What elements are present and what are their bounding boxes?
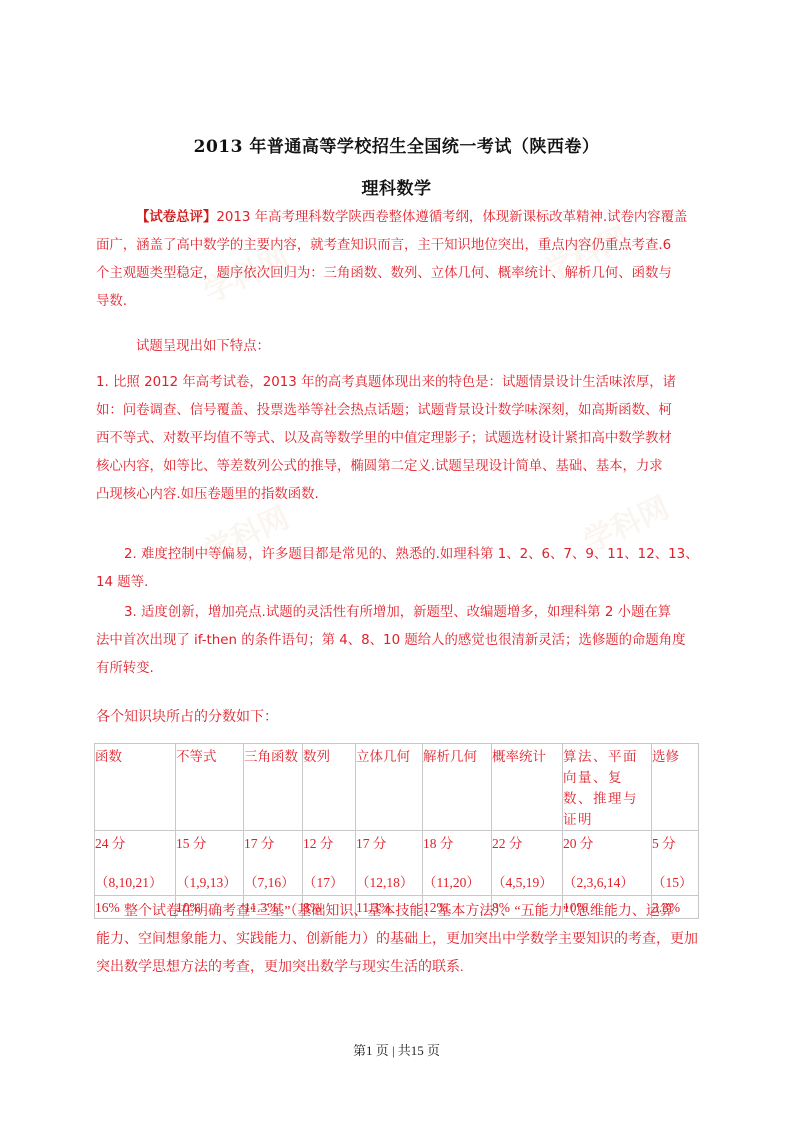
point1-paragraph: 1. 比照 2012 年高考试卷，2013 年的高考真题体现出来的特色是：试题情… — [96, 369, 704, 509]
table-intro: 各个知识块所占的分数如下： — [96, 704, 704, 732]
point3-line: 法中首次出现了 if-then 的条件语句；第 4、8、10 题给人的感觉也很清… — [96, 627, 704, 655]
point2-line: 14 题等. — [96, 569, 704, 597]
table-cell: 20 分（2,3,6,14） — [563, 831, 652, 896]
question-numbers: （7,16） — [244, 872, 302, 893]
point1-line: 凸现核心内容.如压卷题里的指数函数. — [96, 481, 704, 509]
points-value: 22 分 — [492, 833, 562, 854]
points-value: 17 分 — [244, 833, 302, 854]
point1-line: 西不等式、对数平均值不等式、以及高等数学里的中值定理影子；试题选材设计紧扣高中数… — [96, 425, 704, 453]
question-numbers: （2,3,6,14） — [563, 872, 651, 893]
point1-line: 1. 比照 2012 年高考试卷，2013 年的高考真题体现出来的特色是：试题情… — [96, 369, 704, 397]
table-cell: 17 分（12,18） — [356, 831, 423, 896]
table-header-cell: 解析几何 — [423, 744, 492, 831]
score-table: 函数 不等式 三角函数 数列 立体几何 解析几何 概率统计 算法、平面向量、复数… — [94, 743, 699, 919]
summary-paragraph: 【试卷总评】2013 年高考理科数学陕西卷整体遵循考纲，体现新课标改革精神.试卷… — [96, 204, 704, 316]
page-footer: 第1 页 | 共15 页 — [0, 1040, 793, 1059]
document-title: 2013 年普通高等学校招生全国统一考试（陕西卷） — [0, 132, 793, 157]
summary-line: 2013 年高考理科数学陕西卷整体遵循考纲，体现新课标改革精神.试卷内容覆盖 — [216, 210, 687, 225]
question-numbers: （8,10,21） — [95, 872, 175, 893]
summary-line: 面广，涵盖了高中数学的主要内容，就考查知识而言，主干知识地位突出，重点内容仍重点… — [96, 232, 704, 260]
summary-label: 【试卷总评】 — [136, 210, 216, 225]
point3-paragraph: 3. 适度创新，增加亮点.试题的灵活性有所增加，新题型、改编题增多，如理科第 2… — [96, 599, 704, 683]
points-value: 18 分 — [423, 833, 491, 854]
point1-line: 如：问卷调查、信号覆盖、投票选举等社会热点话题；试题背景设计数学味深刻，如高斯函… — [96, 397, 704, 425]
table-header-cell: 概率统计 — [492, 744, 563, 831]
table-header-cell: 函数 — [95, 744, 176, 831]
point2-paragraph: 2. 难度控制中等偏易，许多题目都是常见的、熟悉的.如理科第 1、2、6、7、9… — [96, 541, 704, 597]
points-value: 20 分 — [563, 833, 651, 854]
conclusion-line: 突出数学思想方法的考查，更加突出数学与现实生活的联系. — [96, 954, 704, 982]
table-header-cell: 不等式 — [176, 744, 244, 831]
table-cell: 24 分（8,10,21） — [95, 831, 176, 896]
summary-line: 个主观题类型稳定，题序依次回归为：三角函数、数列、立体几何、概率统计、解析几何、… — [96, 260, 704, 288]
question-numbers: （12,18） — [356, 872, 422, 893]
question-numbers: （1,9,13） — [176, 872, 243, 893]
points-value: 12 分 — [303, 833, 355, 854]
points-value: 24 分 — [95, 833, 175, 854]
table-cell: 12 分（17） — [303, 831, 356, 896]
question-numbers: （15） — [652, 872, 698, 893]
conclusion-line: 能力、空间想象能力、实践能力、创新能力）的基础上，更加突出中学数学主要知识的考查… — [96, 926, 704, 954]
table-intro-paragraph: 各个知识块所占的分数如下： — [96, 704, 704, 732]
summary-line: 导数. — [96, 288, 704, 316]
point1-line: 核心内容，如等比、等差数列公式的推导，椭圆第二定义.试题呈现设计简单、基础、基本… — [96, 453, 704, 481]
table-cell: 18 分（11,20） — [423, 831, 492, 896]
table-header-cell: 选修 — [652, 744, 699, 831]
point3-line: 3. 适度创新，增加亮点.试题的灵活性有所增加，新题型、改编题增多，如理科第 2… — [96, 599, 704, 627]
question-numbers: （11,20） — [423, 872, 491, 893]
table-cell: 15 分（1,9,13） — [176, 831, 244, 896]
document-subtitle: 理科数学 — [0, 174, 793, 199]
table-score-row: 24 分（8,10,21） 15 分（1,9,13） 17 分（7,16） 12… — [95, 831, 699, 896]
document-page: 学科网 学科网 学科网 学科网 2013 年普通高等学校招生全国统一考试（陕西卷… — [0, 0, 793, 1122]
table-header-cell: 三角函数 — [244, 744, 303, 831]
point3-line: 有所转变. — [96, 655, 704, 683]
features-intro: 试题呈现出如下特点： — [96, 333, 704, 361]
points-value: 17 分 — [356, 833, 422, 854]
table-cell: 22 分（4,5,19） — [492, 831, 563, 896]
table-cell: 17 分（7,16） — [244, 831, 303, 896]
table-header-cell: 算法、平面向量、复数、推理与证明 — [563, 744, 652, 831]
table-header-row: 函数 不等式 三角函数 数列 立体几何 解析几何 概率统计 算法、平面向量、复数… — [95, 744, 699, 831]
conclusion-line: 整个试卷在明确考查“三基”（基础知识、基本技能、基本方法）、“五能力”（思维能力… — [96, 898, 704, 926]
table-cell: 5 分（15） — [652, 831, 699, 896]
points-value: 5 分 — [652, 833, 698, 854]
points-value: 15 分 — [176, 833, 243, 854]
table-header-cell: 数列 — [303, 744, 356, 831]
point2-line: 2. 难度控制中等偏易，许多题目都是常见的、熟悉的.如理科第 1、2、6、7、9… — [96, 541, 704, 569]
question-numbers: （4,5,19） — [492, 872, 562, 893]
features-intro-paragraph: 试题呈现出如下特点： — [96, 333, 704, 361]
question-numbers: （17） — [303, 872, 355, 893]
table-header-cell: 立体几何 — [356, 744, 423, 831]
conclusion-paragraph: 整个试卷在明确考查“三基”（基础知识、基本技能、基本方法）、“五能力”（思维能力… — [96, 898, 704, 982]
